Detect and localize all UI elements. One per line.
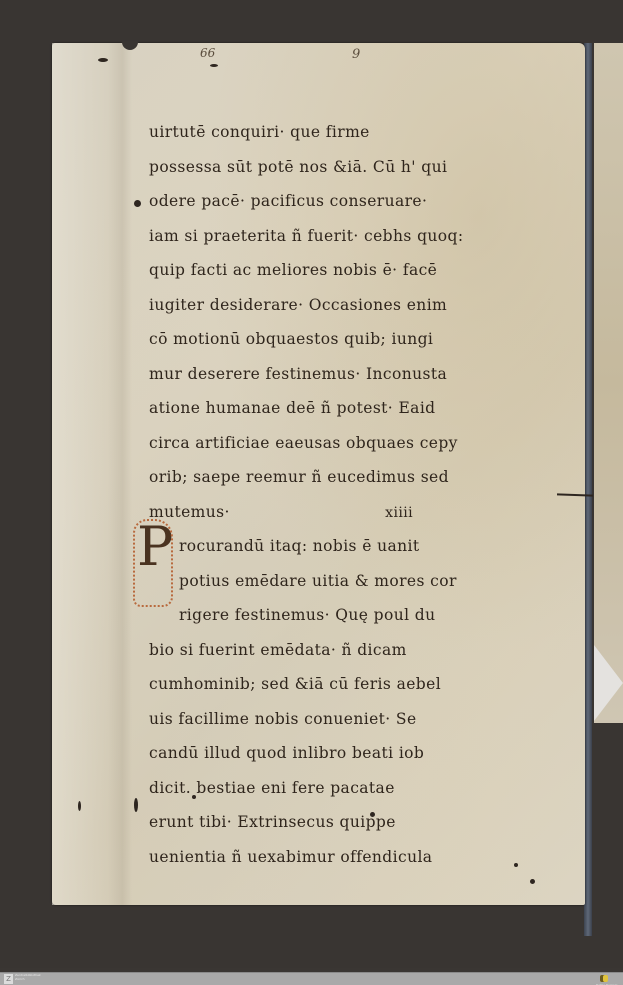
leaf-notch [122, 41, 138, 50]
text-line: uirtutē conquiri· que firme [149, 115, 579, 150]
manuscript-leaf: 66 9 P uirtutē conquiri· que firme posse… [52, 43, 585, 905]
ink-spot [98, 58, 108, 62]
text-line: orib; saepe reemur ñ eucedimus sed [149, 460, 579, 495]
foliation-number: 66 [200, 46, 215, 60]
footer-bar: Z Zentralbibliothek Zürich Public Domain [0, 972, 623, 985]
text-line: uenientia ñ uexabimur offendicula [149, 840, 579, 875]
text-line: cō motionū obquaestos quib; iungi [149, 322, 579, 357]
text-block: P uirtutē conquiri· que firme possessa s… [149, 115, 579, 874]
text-line: uis facillime nobis conueniet· Se [149, 702, 579, 737]
quire-mark: 9 [352, 47, 360, 62]
rubric-dot-frame [133, 519, 173, 607]
rubricated-initial: P [137, 517, 167, 607]
text-line: cumhominib; sed &iā cū feris aebel [149, 667, 579, 702]
facing-leaf-flap [594, 645, 623, 721]
text-line: candū illud quod inlibro beati iob [149, 736, 579, 771]
text-line: erunt tibi· Extrinsecus quippe [149, 805, 579, 840]
ink-spot [134, 798, 138, 812]
image-viewer[interactable]: 66 9 P uirtutē conquiri· que firme posse… [0, 0, 623, 968]
ink-spot [134, 200, 141, 207]
text-line-with-chapter: mutemus· xiiii [149, 495, 579, 530]
text-line: odere pacē· pacificus conseruare· [149, 184, 579, 219]
text-line: circa artificiae eaeusas obquaes cepy [149, 426, 579, 461]
text-line: iugiter desiderare· Occasiones enim [149, 288, 579, 323]
text-line: iam si praeterita ñ fuerit· cebhs quoq: [149, 219, 579, 254]
library-caption: Zentralbibliothek Zürich [15, 974, 35, 981]
library-logo-icon[interactable]: Z [4, 974, 13, 984]
text-line: mur deserere festinemus· Inconusta [149, 357, 579, 392]
ink-spot [530, 879, 535, 884]
license-badge-icon[interactable] [600, 975, 608, 982]
facing-leaf-edge [594, 43, 623, 723]
binding-strip [584, 43, 592, 936]
ink-spot [78, 801, 81, 811]
text-line: rigere festinemus· Quę poul du [149, 598, 579, 633]
text-line: potius emēdare uitia & mores cor [149, 564, 579, 599]
text-line: rocurandū itaq: nobis ē uanit [149, 529, 579, 564]
chapter-number: xiiii [385, 505, 413, 521]
text-line: quip facti ac meliores nobis ē· facē [149, 253, 579, 288]
text-line: bio si fuerint emēdata· ñ dicam [149, 633, 579, 668]
text-line: dicit. bestiae eni fere pacatae [149, 771, 579, 806]
ink-spot [210, 64, 218, 67]
text-line: atione humanae deē ñ potest· Eaid [149, 391, 579, 426]
text-line: possessa sūt potē nos &iā. Cū h' qui [149, 150, 579, 185]
